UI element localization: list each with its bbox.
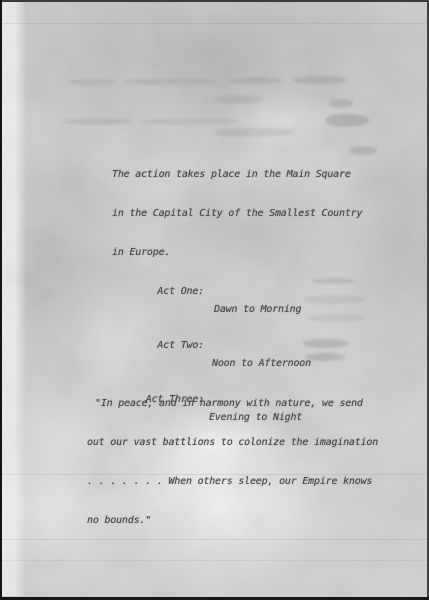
bleedthrough-smudge — [68, 79, 118, 86]
bleedthrough-smudge — [228, 77, 283, 85]
act-row: Act Two: Noon to Afternoon — [0, 319, 429, 337]
setting-note-line: in the Capital City of the Smallest Coun… — [112, 207, 362, 220]
bleedthrough-smudge — [214, 95, 264, 105]
act-label: Act One: — [128, 283, 204, 301]
scanned-page: The action takes place in the Main Squar… — [0, 0, 429, 600]
scan-artifact-line — [2, 560, 427, 561]
epigraph: "In peace, and in harmony with nature, w… — [87, 371, 378, 553]
bleedthrough-smudge — [122, 78, 217, 86]
act-label: Act Two: — [128, 337, 204, 355]
bleedthrough-smudge — [62, 118, 132, 126]
epigraph-line: no bounds." — [87, 514, 378, 527]
epigraph-line: out our vast battlions to colonize the i… — [87, 436, 378, 449]
bleedthrough-smudge — [292, 76, 347, 85]
bleedthrough-smudge — [329, 99, 353, 108]
act-time: Dawn to Morning — [214, 301, 301, 319]
scan-edge-top — [0, 0, 429, 2]
bleedthrough-smudge — [214, 128, 294, 138]
bleedthrough-smudge — [140, 117, 240, 125]
bleedthrough-smudge — [325, 114, 369, 127]
epigraph-line: . . . . . . . When others sleep, our Emp… — [87, 475, 378, 488]
act-row: Act One: Dawn to Morning — [0, 265, 429, 283]
epigraph-line: "In peace, and in harmony with nature, w… — [87, 397, 378, 410]
scan-artifact-line — [2, 23, 427, 24]
setting-note-line: The action takes place in the Main Squar… — [112, 168, 362, 181]
